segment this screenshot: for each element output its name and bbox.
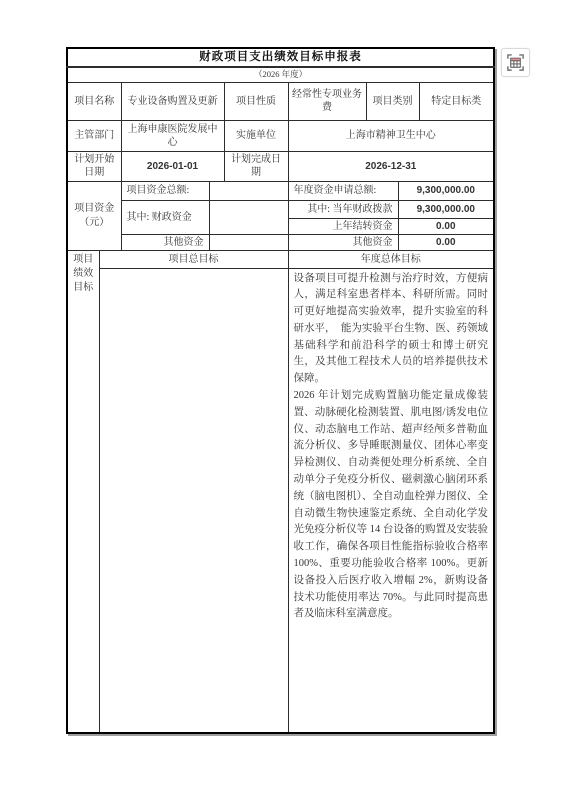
project-nature-label: 项目性质 xyxy=(224,82,288,120)
project-name-label: 项目名称 xyxy=(67,82,121,120)
form-title: 财政项目支出绩效目标申报表 xyxy=(67,48,494,67)
overall-goal-content xyxy=(99,268,288,733)
end-date-value: 2026-12-31 xyxy=(288,151,494,181)
annual-goal-header: 年度总体目标 xyxy=(288,250,494,268)
performance-label-line1: 项目 xyxy=(71,253,96,267)
project-category-value: 特定目标类 xyxy=(419,82,494,120)
annual-goal-paragraph-2: 2026 年计划完成购置脑功能定量成像装置、动脉硬化检测装置、肌电图/诱发电位仪… xyxy=(294,388,489,623)
start-date-value: 2026-01-01 xyxy=(121,151,224,181)
carryover-value: 0.00 xyxy=(398,218,494,234)
current-appropriation-value: 9,300,000.00 xyxy=(398,200,494,218)
annual-other-funds-label: 其他资金 xyxy=(288,234,398,250)
annual-total-value: 9,300,000.00 xyxy=(398,181,494,200)
unit-value: 上海市精神卫生中心 xyxy=(288,120,494,151)
other-funds-label: 其他资金 xyxy=(121,234,209,250)
project-name-value: 专业设备购置及更新 xyxy=(121,82,224,120)
table-capture-button[interactable] xyxy=(501,48,530,77)
project-nature-value: 经常性专项业务费 xyxy=(288,82,366,120)
performance-label-line2: 绩效 xyxy=(71,267,96,281)
unit-label: 实施单位 xyxy=(224,120,288,151)
overall-goal-header: 项目总目标 xyxy=(99,250,288,268)
start-date-label: 计划开始日期 xyxy=(67,151,121,181)
performance-label-line3: 目标 xyxy=(71,281,96,295)
annual-goal-content: 设备项目可提升检测与治疗时效，方便病人，满足科室患者样本、科研所需。同时可更好地… xyxy=(288,268,494,733)
carryover-label: 上年结转资金 xyxy=(288,218,398,234)
annual-other-funds-value: 0.00 xyxy=(398,234,494,250)
funds-section-label: 项目资金 （元） xyxy=(67,181,121,250)
funds-total-value xyxy=(209,181,288,200)
end-date-label: 计划完成日期 xyxy=(224,151,288,181)
fiscal-funds-value xyxy=(209,200,288,234)
current-appropriation-label: 其中: 当年财政拨款 xyxy=(288,200,398,218)
other-funds-value xyxy=(209,234,288,250)
funds-section-label-line2: （元） xyxy=(71,216,118,230)
annual-goal-paragraph-1: 设备项目可提升检测与治疗时效，方便病人，满足科室患者样本、科研所需。同时可更好地… xyxy=(294,271,489,389)
funds-section-label-line1: 项目资金 xyxy=(71,202,118,216)
funds-total-label: 项目资金总额: xyxy=(121,181,209,200)
performance-section-label: 项目 绩效 目标 xyxy=(67,250,99,733)
dept-value: 上海申康医院发展中心 xyxy=(121,120,224,151)
dept-label: 主管部门 xyxy=(67,120,121,151)
table-capture-icon xyxy=(506,53,525,72)
project-category-label: 项目类别 xyxy=(366,82,419,120)
fiscal-funds-label: 其中: 财政资金 xyxy=(121,200,209,234)
annual-total-label: 年度资金申请总额: xyxy=(288,181,398,200)
form-year-subtitle: （2026 年度） xyxy=(67,67,494,82)
performance-target-form-table: 财政项目支出绩效目标申报表 （2026 年度） 项目名称 专业设备购置及更新 项… xyxy=(66,47,495,734)
